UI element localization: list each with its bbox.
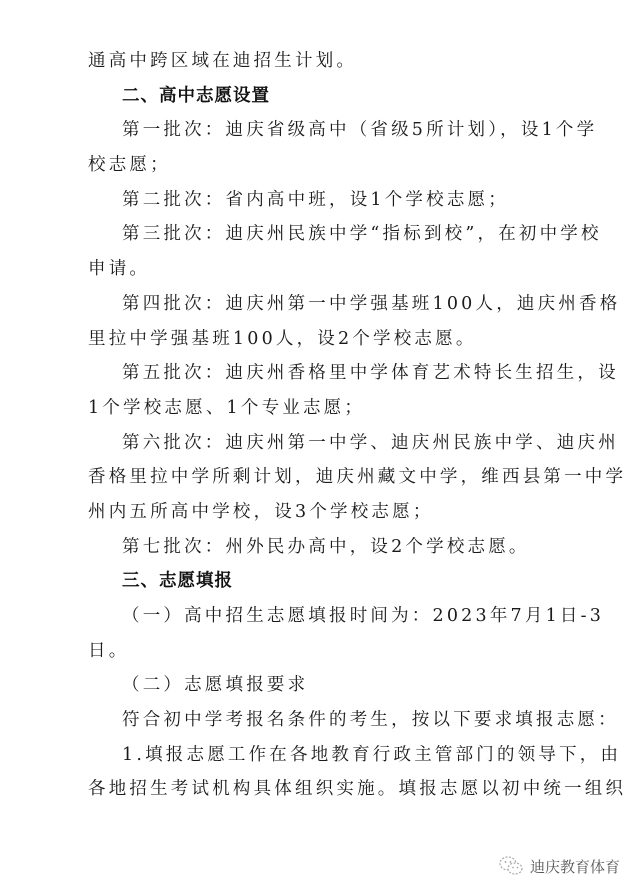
watermark: 迪庆教育体育 [498, 852, 620, 880]
text-line: 申请。 [88, 252, 564, 287]
document-body: 通高中跨区域在迪招生计划。 二、高中志愿设置 第一批次：迪庆省级高中（省级5所计… [88, 44, 564, 807]
text-line: 第五批次：迪庆州香格里中学体育艺术特长生招生，设 [88, 356, 564, 391]
text-line: 第二批次：省内高中班，设1个学校志愿； [88, 183, 564, 218]
text-line: 各地招生考试机构具体组织实施。填报志愿以初中统一组织 [88, 772, 564, 807]
text-line: 里拉中学强基班100人，设2个学校志愿。 [88, 322, 564, 357]
section-heading: 二、高中志愿设置 [88, 79, 564, 114]
text-line: 校志愿； [88, 148, 564, 183]
text-line: 第六批次：迪庆州第一中学、迪庆州民族中学、迪庆州 [88, 426, 564, 461]
text-line: 第七批次：州外民办高中，设2个学校志愿。 [88, 530, 564, 565]
text-line: 1个学校志愿、1个专业志愿； [88, 391, 564, 426]
text-line: 第一批次：迪庆省级高中（省级5所计划），设1个学 [88, 113, 564, 148]
text-line: 通高中跨区域在迪招生计划。 [88, 44, 564, 79]
text-line: 州内五所高中学校，设3个学校志愿； [88, 495, 564, 530]
text-line: 1.填报志愿工作在各地教育行政主管部门的领导下，由 [88, 738, 564, 773]
text-line: （一）高中招生志愿填报时间为：2023年7月1日-3 [88, 599, 564, 634]
text-line: 日。 [88, 634, 564, 669]
text-line: 第三批次：迪庆州民族中学“指标到校”，在初中学校 [88, 217, 564, 252]
wechat-icon [498, 855, 524, 877]
text-line: 香格里拉中学所剩计划，迪庆州藏文中学，维西县第一中学 [88, 460, 564, 495]
section-heading: 三、志愿填报 [88, 564, 564, 599]
text-line: 第四批次：迪庆州第一中学强基班100人，迪庆州香格 [88, 287, 564, 322]
text-line: 符合初中学考报名条件的考生，按以下要求填报志愿： [88, 703, 564, 738]
subsection-heading: （二）志愿填报要求 [88, 668, 564, 703]
watermark-label: 迪庆教育体育 [530, 856, 620, 877]
